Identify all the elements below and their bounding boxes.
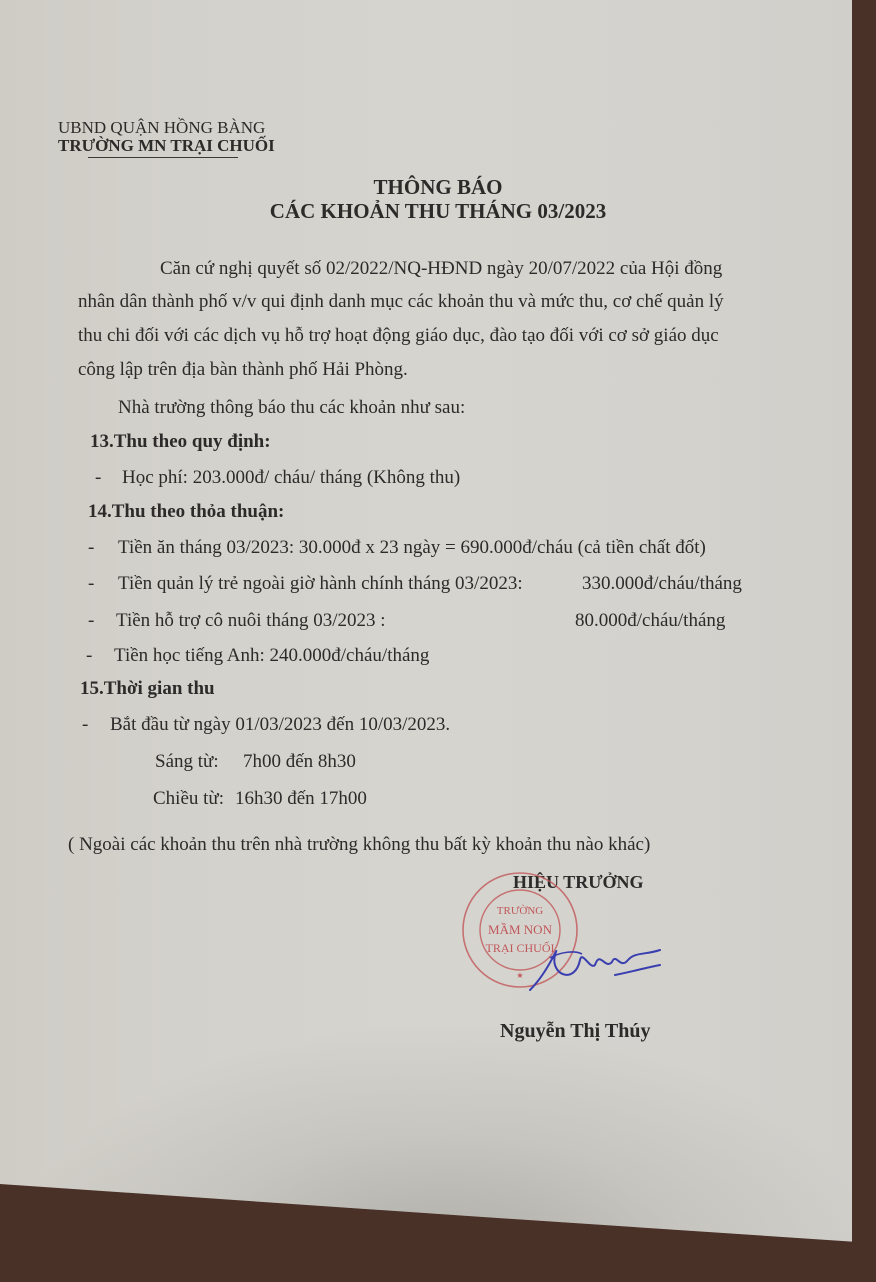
doc-subtitle: CÁC KHOẢN THU THÁNG 03/2023 [0, 199, 876, 224]
fee-tuition: Học phí: 203.000đ/ cháu/ tháng (Không th… [122, 467, 460, 489]
fee-meals: Tiền ăn tháng 03/2023: 30.000đ x 23 ngày… [118, 537, 706, 559]
signature-scribble-icon [520, 930, 670, 1000]
collection-period: Bắt đầu từ ngày 01/03/2023 đến 10/03/202… [110, 714, 450, 736]
section-13-heading: 13.Thu theo quy định: [90, 431, 271, 453]
bullet-dash: - [88, 573, 94, 595]
announce-line: Nhà trường thông báo thu các khoản như s… [118, 397, 465, 419]
fee-afterhours: Tiền quản lý trẻ ngoài giờ hành chính th… [118, 573, 523, 595]
signer-name: Nguyễn Thị Thúy [500, 1020, 650, 1043]
intro-line-2: nhân dân thành phố v/v qui định danh mục… [78, 291, 724, 313]
fee-cook-support-amount: 80.000đ/cháu/tháng [575, 610, 725, 632]
bullet-dash: - [86, 645, 92, 667]
school-name: TRƯỜNG MN TRẠI CHUỐI [58, 136, 275, 156]
fee-cook-support: Tiền hỗ trợ cô nuôi tháng 03/2023 : [116, 610, 386, 632]
bullet-dash: - [95, 467, 101, 489]
fee-english: Tiền học tiếng Anh: 240.000đ/cháu/tháng [114, 645, 429, 667]
bullet-dash: - [82, 714, 88, 736]
afternoon-label: Chiều từ: [153, 788, 224, 810]
morning-label: Sáng từ: [155, 751, 219, 773]
bullet-dash: - [88, 537, 94, 559]
intro-line-3: thu chi đối với các dịch vụ hỗ trợ hoạt … [78, 325, 719, 347]
section-14-heading: 14.Thu theo thỏa thuận: [88, 501, 284, 523]
section-15-heading: 15.Thời gian thu [80, 678, 215, 700]
authority-name: UBND QUẬN HỒNG BÀNG [58, 118, 265, 138]
afternoon-time: 16h30 đến 17h00 [235, 788, 367, 810]
morning-time: 7h00 đến 8h30 [243, 751, 356, 773]
intro-line-4: công lập trên địa bàn thành phố Hải Phòn… [78, 359, 408, 381]
doc-title: THÔNG BÁO [0, 175, 876, 200]
fee-afterhours-amount: 330.000đ/cháu/tháng [582, 573, 742, 595]
bullet-dash: - [88, 610, 94, 632]
disclaimer-note: ( Ngoài các khoản thu trên nhà trường kh… [68, 834, 650, 856]
svg-text:TRƯỜNG: TRƯỜNG [497, 905, 543, 917]
intro-line-1: Căn cứ nghị quyết số 02/2022/NQ-HĐND ngà… [160, 258, 722, 280]
header-underline [88, 157, 238, 158]
